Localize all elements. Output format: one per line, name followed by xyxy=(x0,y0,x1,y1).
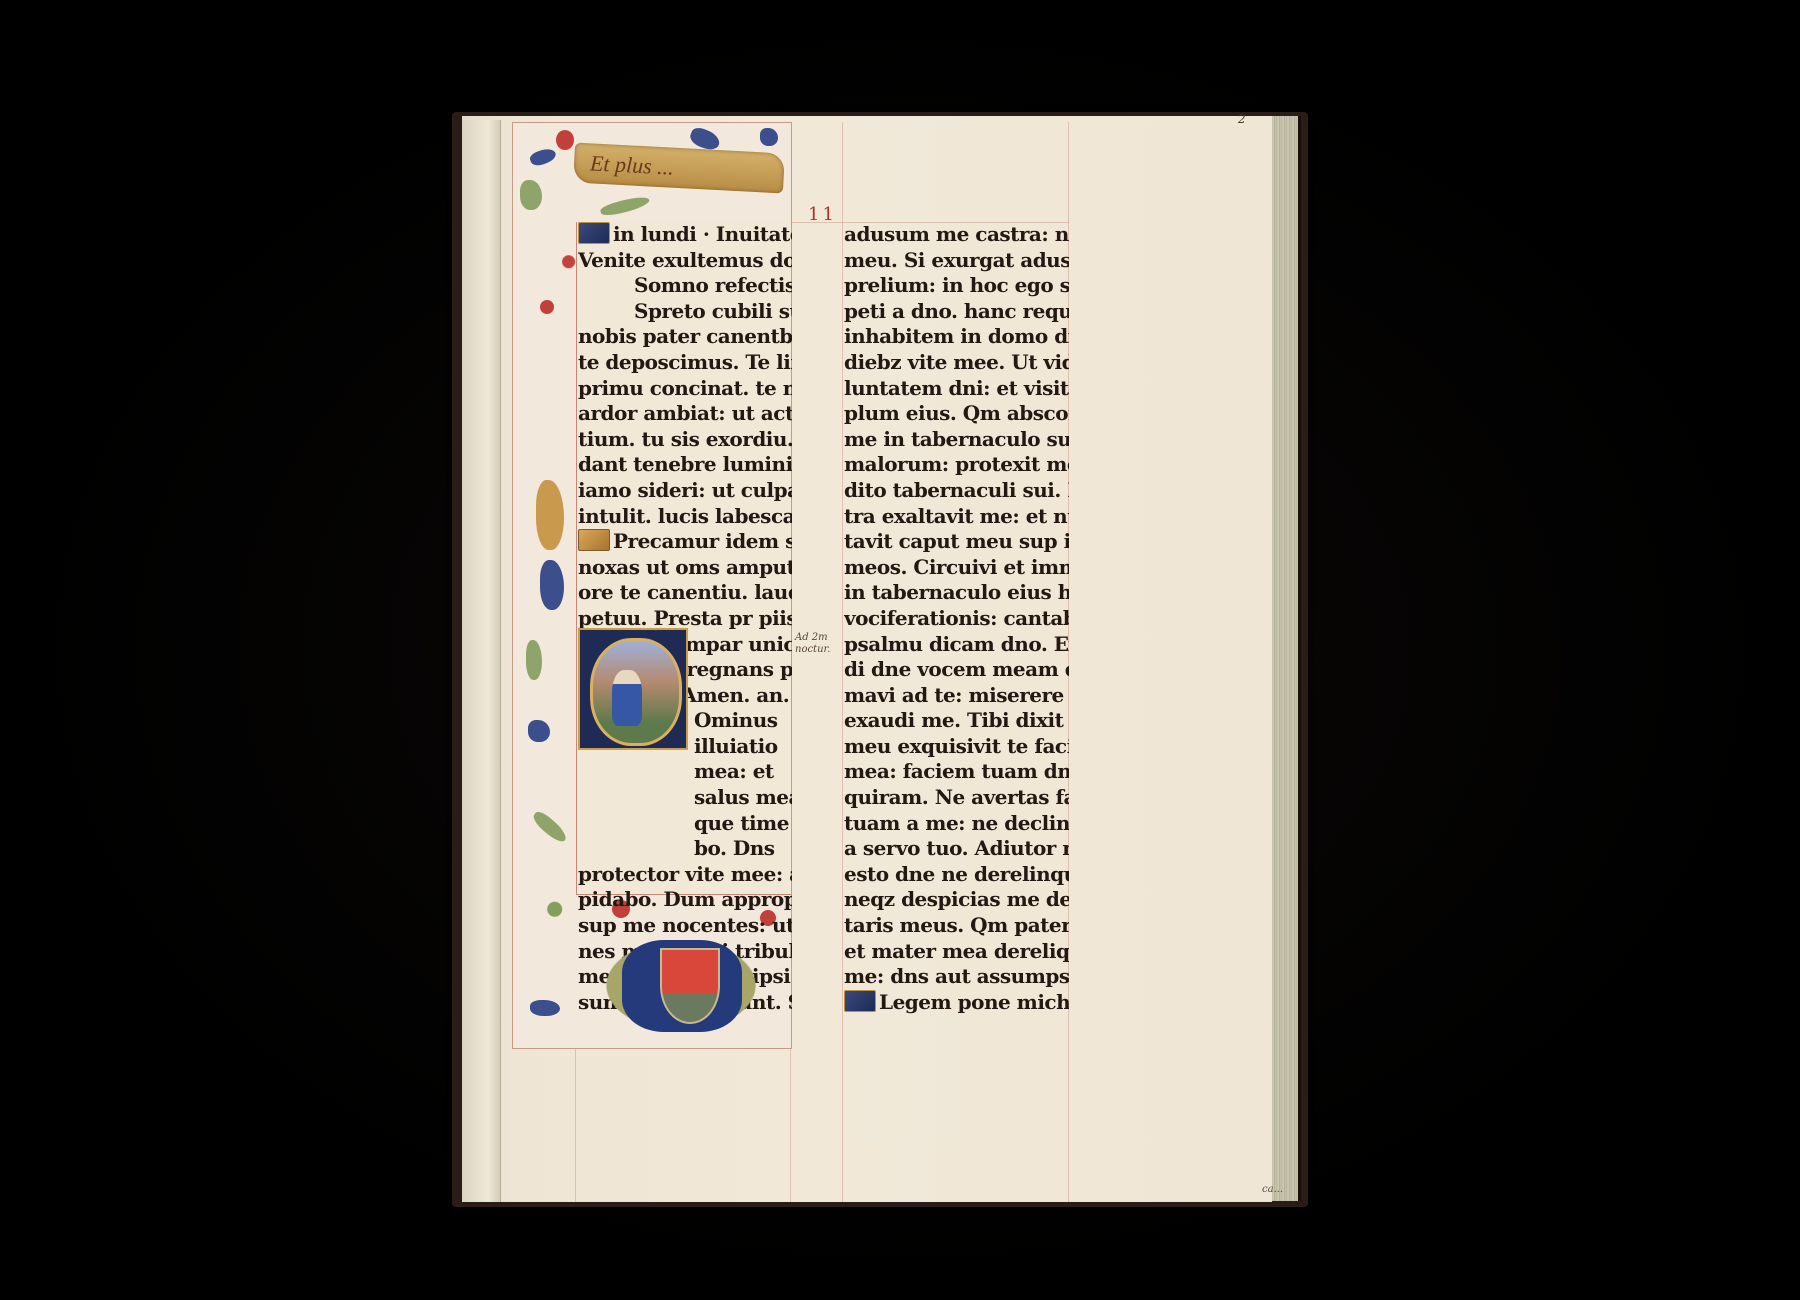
text-line: te deposcimus. Te lingua xyxy=(578,350,792,376)
text-line: meu. Si exurgat adusum me xyxy=(844,248,1069,274)
text-line: ardor ambiat: ut actuu sequen xyxy=(578,401,792,427)
leaf-icon xyxy=(526,640,542,680)
text-line: meu exquisivit te facies xyxy=(844,734,1069,760)
berry-icon xyxy=(540,300,554,314)
text-line: diebz vite mee. Ut videam vo xyxy=(844,350,1069,376)
acanthus-leaf-icon xyxy=(530,1000,560,1016)
text-line: prelium: in hoc ego sperabo. Una xyxy=(844,273,1069,299)
text-line: a servo tuo. Adiutor meus xyxy=(844,836,1069,862)
gutter-fold xyxy=(462,120,501,1202)
text-column-2: adusum me castra: non timebit cor meu. S… xyxy=(844,222,1069,1015)
text-line: meos. Circuivi et immolavi xyxy=(844,555,1069,581)
text-line: iamo sideri: ut culpa qua nox xyxy=(578,478,792,504)
text-line: Spreto cubili surgim?: xyxy=(578,299,792,325)
text-line: tuam a me: ne declines in ira xyxy=(844,811,1069,837)
text-column-1: in lundi · Inuitatoire Venite exultemus … xyxy=(578,222,792,1015)
folio-number: 2 xyxy=(1238,112,1246,126)
text-line: plum eius. Qm abscondit xyxy=(844,401,1069,427)
text-line: que time xyxy=(578,811,792,837)
text-line: peti a dno. hanc requiram: ut xyxy=(844,299,1069,325)
historiated-initial xyxy=(578,628,688,750)
text-line: exaudi me. Tibi dixit cor xyxy=(844,708,1069,734)
marginal-note: Ad 2m noctur. xyxy=(795,632,830,656)
acanthus-leaf-icon xyxy=(540,560,564,610)
text-line: vociferationis: cantabo. et xyxy=(844,606,1069,632)
text-line: me: dns aut assumpsit me. xyxy=(844,964,1069,990)
text-line: salus mea xyxy=(578,785,792,811)
text-line: luntatem dni: et visitem tem xyxy=(844,376,1069,402)
text-line: inhabitem in domo dni oibz xyxy=(844,324,1069,350)
text-line: tavit caput meu sup inimicos xyxy=(844,529,1069,555)
text-line: quiram. Ne avertas facie xyxy=(844,785,1069,811)
text-line: adusum me castra: non timebit cor xyxy=(844,222,1069,248)
text-line: mea: faciem tuam dne re xyxy=(844,759,1069,785)
text-line: Legem pone michi domine xyxy=(844,990,1069,1016)
folio-marker: 11 xyxy=(808,204,837,225)
text-line: psalmu dicam dno. Exau xyxy=(844,632,1069,658)
leaf-icon xyxy=(520,180,542,210)
coat-of-arms-eagle-icon xyxy=(660,948,720,1024)
text-line: mea: et xyxy=(578,759,792,785)
text-line: mavi ad te: miserere mei et xyxy=(844,683,1069,709)
text-line: in tabernaculo eius hostiam xyxy=(844,580,1069,606)
text-line: taris meus. Qm pater meus xyxy=(844,913,1069,939)
ruling-line xyxy=(842,122,843,1202)
catchword: ca... xyxy=(1262,1184,1283,1195)
text-line: primu concinat. te mentis xyxy=(578,376,792,402)
initial-icon xyxy=(578,222,610,244)
text-line: neqz despicias me deus salu xyxy=(844,887,1069,913)
text-line: di dne vocem meam qua cla xyxy=(844,657,1069,683)
page-fore-edge xyxy=(1270,116,1301,1201)
text-line: intulit. lucis labescat munere. xyxy=(578,504,792,530)
text-line: bo. Dns xyxy=(578,836,792,862)
text-line: Venite exultemus domino. Ymne xyxy=(578,248,792,274)
text-line: esto dne ne derelinquas me: xyxy=(844,862,1069,888)
text-line: noxas ut oms amputes: et xyxy=(578,555,792,581)
text-line: pidabo. Dum appropiat xyxy=(578,887,792,913)
text-line: ore te canentiu. laudetis imp xyxy=(578,580,792,606)
text-line: Precamur idem supplices. xyxy=(578,529,792,555)
text-line: Somno refectis artubz. xyxy=(578,273,792,299)
text-line: dito tabernaculi sui. In pe xyxy=(844,478,1069,504)
text-line: protector vite mee: a quo tre xyxy=(578,862,792,888)
initial-icon xyxy=(844,990,876,1012)
text-line: tium. tu sis exordiu. Ce xyxy=(578,427,792,453)
initial-icon xyxy=(578,529,610,551)
text-line: et mater mea dereliquerunt xyxy=(844,939,1069,965)
text-line: nobis pater canentbs. adesse xyxy=(578,324,792,350)
kneeling-figure-icon xyxy=(612,670,642,726)
text-line: malorum: protexit me i abscon xyxy=(844,452,1069,478)
text-line: dant tenebre lumini. te nocti xyxy=(578,452,792,478)
strawberry-icon xyxy=(556,130,574,150)
flower-icon xyxy=(528,720,550,742)
text-line: tra exaltavit me: et nunc exal xyxy=(844,504,1069,530)
flower-icon xyxy=(760,128,778,146)
text-line: me in tabernaculo suo in die xyxy=(844,427,1069,453)
text-line: in lundi · Inuitatoire xyxy=(578,222,792,248)
